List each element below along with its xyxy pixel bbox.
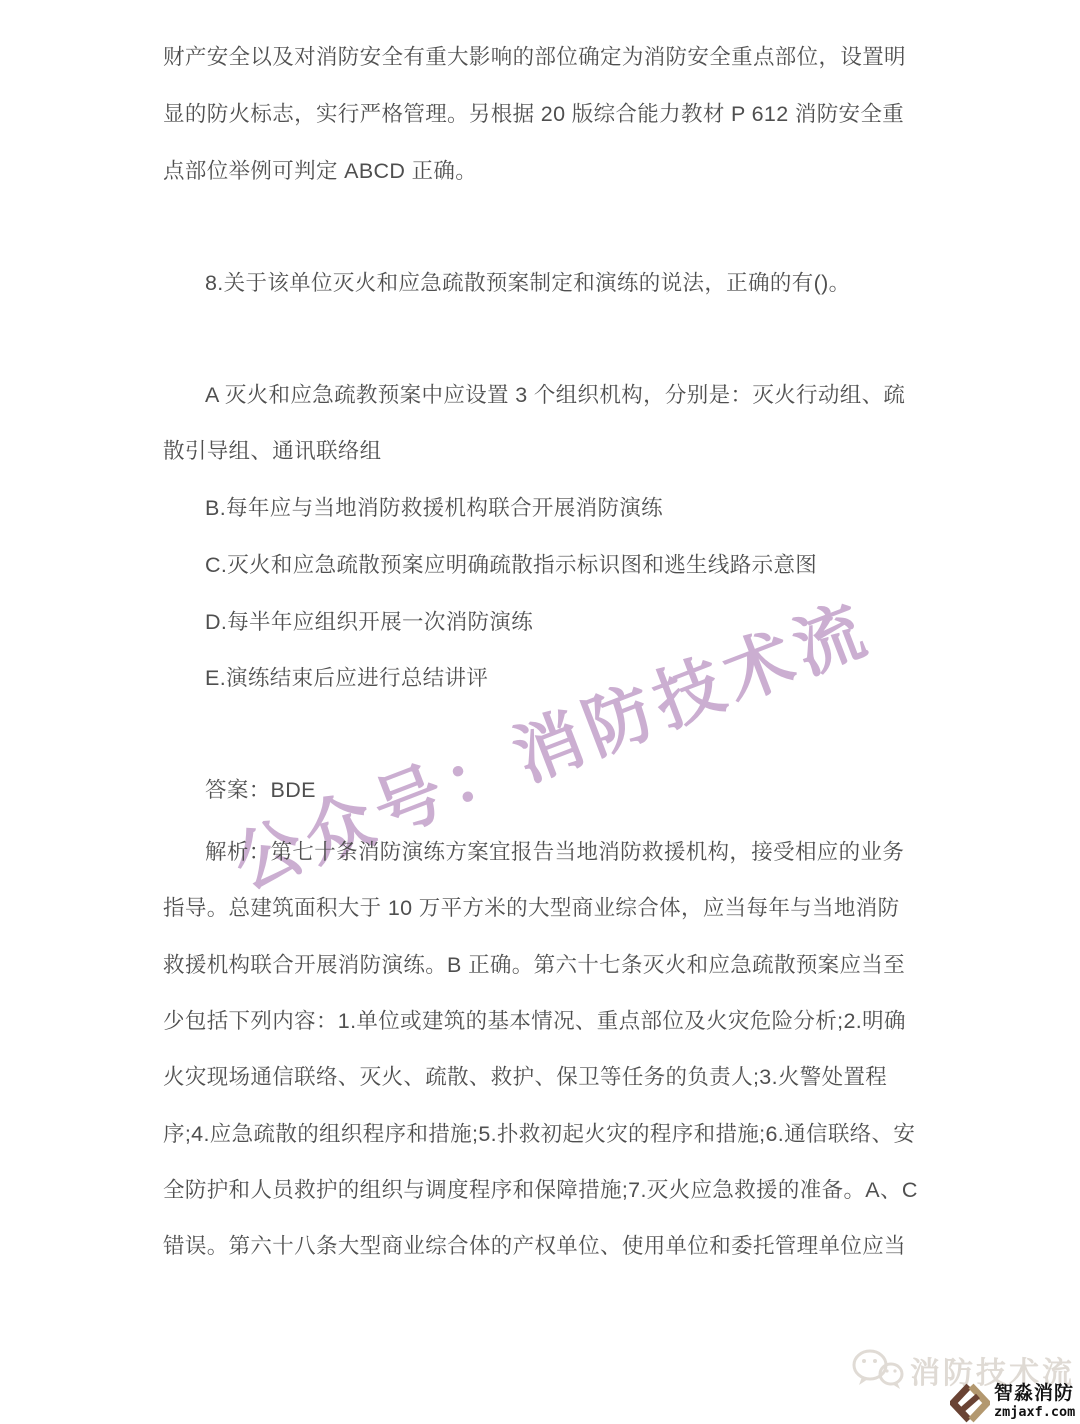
intro-paragraph-line-1: 财产安全以及对消防安全有重大影响的部位确定为消防安全重点部位，设置明 [163,42,906,72]
intro-paragraph-line-3: 点部位举例可判定 ABCD 正确。 [163,156,477,186]
option-c: C.灭火和应急疏散预案应明确疏散指示标识图和逃生线路示意图 [205,550,817,580]
option-e: E.演练结束后应进行总结讲评 [205,663,488,693]
option-a-line-2: 散引导组、通讯联络组 [163,436,382,466]
option-d: D.每半年应组织开展一次消防演练 [205,607,533,637]
zhimiao-logo-icon [950,1383,990,1423]
option-a-line-1: A 灭火和应急疏教预案中应设置 3 个组织机构，分别是：灭火行动组、疏 [205,380,905,410]
intro-paragraph-line-2: 显的防火标志，实行严格管理。另根据 20 版综合能力教材 P 612 消防安全重 [163,99,904,129]
option-b: B.每年应与当地消防救援机构联合开展消防演练 [205,493,663,523]
analysis-line-5: 火灾现场通信联络、灭火、疏散、救护、保卫等任务的负责人;3.火警处置程 [163,1062,887,1092]
analysis-line-2: 指导。总建筑面积大于 10 万平方米的大型商业综合体，应当每年与当地消防 [163,893,899,923]
answer-text: 答案：BDE [205,775,316,805]
zhimiao-logo-text: 智淼消防 zmjaxf.com [994,1383,1075,1420]
analysis-line-7: 全防护和人员救护的组织与调度程序和保障措施;7.灭火应急救援的准备。A、C [163,1175,918,1205]
analysis-line-3: 救援机构联合开展消防演练。B 正确。第六十七条灭火和应急疏散预案应当至 [163,950,905,980]
analysis-line-6: 序;4.应急疏散的组织程序和措施;5.扑救初起火灾的程序和措施;6.通信联络、安 [163,1119,915,1149]
zhimiao-logo-title: 智淼消防 [994,1383,1075,1404]
question-8-text: 8.关于该单位灭火和应急疏散预案制定和演练的说法，正确的有()。 [205,268,850,298]
analysis-line-8: 错误。第六十八条大型商业综合体的产权单位、使用单位和委托管理单位应当 [163,1231,906,1261]
analysis-line-4: 少包括下列内容：1.单位或建筑的基本情况、重点部位及火灾危险分析;2.明确 [163,1006,906,1036]
analysis-line-1: 解析：第七十条消防演练方案宜报告当地消防救援机构，接受相应的业务 [205,837,904,867]
zhimiao-logo-domain: zmjaxf.com [994,1404,1075,1420]
zhimiao-logo: 智淼消防 zmjaxf.com [950,1383,1075,1423]
wechat-icon [852,1348,904,1392]
document-page: 公众号：消防技术流 财产安全以及对消防安全有重大影响的部位确定为消防安全重点部位… [0,0,1080,1424]
